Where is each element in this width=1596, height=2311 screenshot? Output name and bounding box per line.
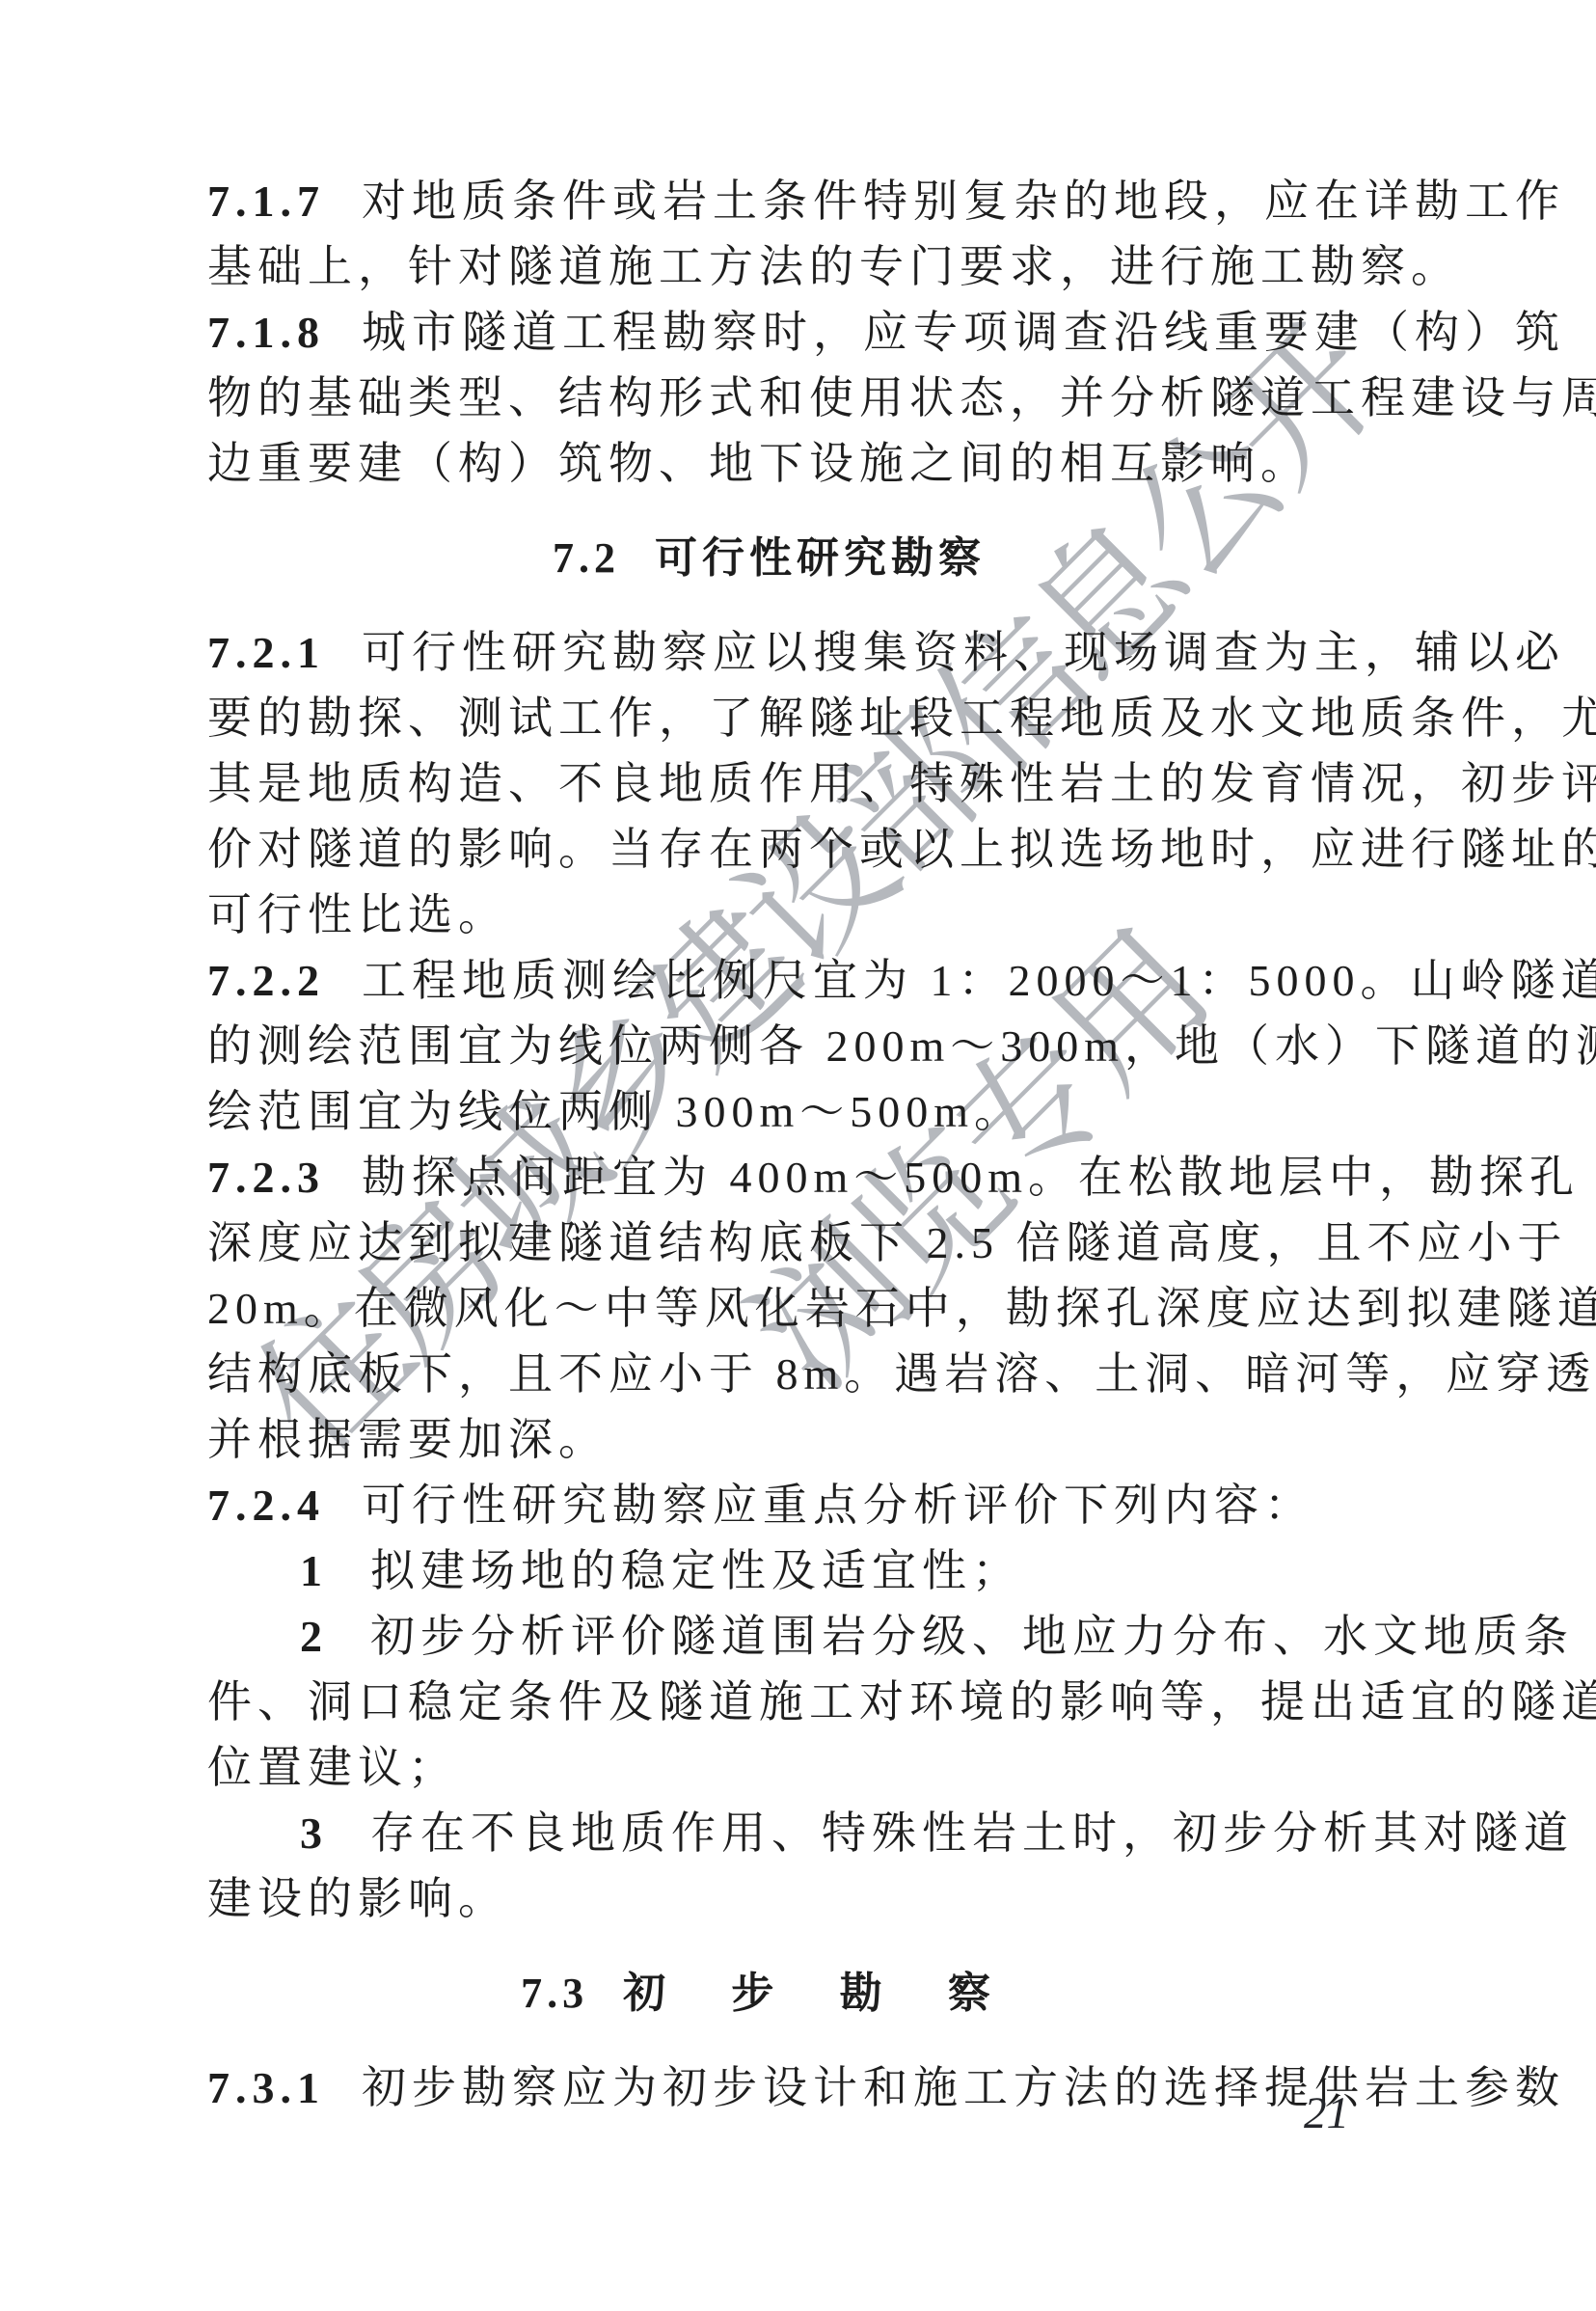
section-number: 7.2 — [553, 534, 620, 582]
text-line: 2初步分析评价隧道围岩分级、地应力分布、水文地质条 — [207, 1604, 1466, 1670]
clause-number: 7.2.1 — [207, 628, 325, 677]
clause-text: 对地质条件或岩土条件特别复杂的地段，应在详勘工作 — [362, 177, 1565, 226]
text-line: 7.2.3勘探点间距宜为 400m～500m。在松散地层中，勘探孔 — [207, 1145, 1466, 1210]
clause-number: 7.2.2 — [207, 956, 325, 1005]
text-line: 要的勘探、测试工作，了解隧址段工程地质及水文地质条件，尤 — [207, 686, 1466, 751]
list-item-3: 3存在不良地质作用、特殊性岩土时，初步分析其对隧道 建设的影响。 — [207, 1801, 1466, 1932]
section-heading-7-3: 7.3初 步 勘 察 — [207, 1961, 1466, 2026]
text-line: 价对隧道的影响。当存在两个或以上拟选场地时，应进行隧址的 — [207, 817, 1466, 883]
item-text: 存在不良地质作用、特殊性岩土时，初步分析其对隧道 — [370, 1808, 1574, 1858]
text-line: 7.2.4可行性研究勘察应重点分析评价下列内容： — [207, 1473, 1466, 1538]
clause-text: 城市隧道工程勘察时，应专项调查沿线重要建（构）筑 — [362, 308, 1565, 357]
text-line: 7.2.2工程地质测绘比例尺宜为 1：2000～1：5000。山岭隧道 — [207, 948, 1466, 1014]
text-line: 的测绘范围宜为线位两侧各 200m～300m，地（水）下隧道的测 — [207, 1014, 1466, 1079]
section-heading-7-2: 7.2可行性研究勘察 — [207, 526, 1466, 591]
list-item-1: 1拟建场地的稳定性及适宜性； — [207, 1538, 1466, 1604]
section-title: 初 步 勘 察 — [623, 1970, 1017, 2017]
item-number: 3 — [300, 1808, 328, 1858]
clause-number: 7.1.7 — [207, 177, 325, 226]
clause-number: 7.3.1 — [207, 2063, 325, 2112]
text-line: 20m。在微风化～中等风化岩石中，勘探孔深度应达到拟建隧道 — [207, 1276, 1466, 1342]
text-line: 件、洞口稳定条件及隧道施工对环境的影响等，提出适宜的隧道 — [207, 1670, 1466, 1735]
clause-number: 7.2.4 — [207, 1481, 325, 1530]
clause-7-1-8: 7.1.8城市隧道工程勘察时，应专项调查沿线重要建（构）筑 物的基础类型、结构形… — [207, 300, 1466, 497]
clause-text: 工程地质测绘比例尺宜为 1：2000～1：5000。山岭隧道 — [362, 956, 1596, 1005]
clause-7-1-7: 7.1.7对地质条件或岩土条件特别复杂的地段，应在详勘工作 基础上，针对隧道施工… — [207, 169, 1466, 300]
text-line: 7.1.8城市隧道工程勘察时，应专项调查沿线重要建（构）筑 — [207, 300, 1466, 366]
item-number: 1 — [300, 1546, 328, 1595]
section-number: 7.3 — [521, 1970, 588, 2017]
text-line: 7.1.7对地质条件或岩土条件特别复杂的地段，应在详勘工作 — [207, 169, 1466, 234]
text-line: 边重要建（构）筑物、地下设施之间的相互影响。 — [207, 431, 1466, 497]
text-line: 结构底板下，且不应小于 8m。遇岩溶、土洞、暗河等，应穿透 — [207, 1342, 1466, 1407]
text-line: 建设的影响。 — [207, 1866, 1466, 1932]
clause-7-3-1: 7.3.1初步勘察应为初步设计和施工方法的选择提供岩土参数 — [207, 2055, 1466, 2121]
clause-text: 勘探点间距宜为 400m～500m。在松散地层中，勘探孔 — [362, 1153, 1580, 1202]
text-line: 3存在不良地质作用、特殊性岩土时，初步分析其对隧道 — [207, 1801, 1466, 1866]
list-item-2: 2初步分析评价隧道围岩分级、地应力分布、水文地质条 件、洞口稳定条件及隧道施工对… — [207, 1604, 1466, 1801]
document-page: 住房城乡建设部信息公开 浏览专用 7.1.7对地质条件或岩土条件特别复杂的地段，… — [0, 0, 1596, 2311]
clause-text: 可行性研究勘察应以搜集资料、现场调查为主，辅以必 — [362, 628, 1565, 677]
text-line: 绘范围宜为线位两侧 300m～500m。 — [207, 1079, 1466, 1145]
text-line: 其是地质构造、不良地质作用、特殊性岩土的发育情况，初步评 — [207, 751, 1466, 817]
clause-7-2-2: 7.2.2工程地质测绘比例尺宜为 1：2000～1：5000。山岭隧道 的测绘范… — [207, 948, 1466, 1145]
item-text: 初步分析评价隧道围岩分级、地应力分布、水文地质条 — [370, 1612, 1574, 1661]
text-line: 7.3.1初步勘察应为初步设计和施工方法的选择提供岩土参数 — [207, 2055, 1466, 2121]
text-line: 可行性比选。 — [207, 883, 1466, 948]
clause-number: 7.2.3 — [207, 1153, 325, 1202]
clause-7-2-3: 7.2.3勘探点间距宜为 400m～500m。在松散地层中，勘探孔 深度应达到拟… — [207, 1145, 1466, 1473]
text-line: 7.2.1可行性研究勘察应以搜集资料、现场调查为主，辅以必 — [207, 620, 1466, 686]
text-column: 7.1.7对地质条件或岩土条件特别复杂的地段，应在详勘工作 基础上，针对隧道施工… — [207, 169, 1466, 2121]
text-line: 深度应达到拟建隧道结构底板下 2.5 倍隧道高度，且不应小于 — [207, 1210, 1466, 1276]
clause-7-2-1: 7.2.1可行性研究勘察应以搜集资料、现场调查为主，辅以必 要的勘探、测试工作，… — [207, 620, 1466, 948]
section-title: 可行性研究勘察 — [655, 534, 986, 582]
page-number: 21 — [1304, 2087, 1349, 2139]
text-line: 基础上，针对隧道施工方法的专门要求，进行施工勘察。 — [207, 234, 1466, 300]
item-number: 2 — [300, 1612, 328, 1661]
clause-7-2-4: 7.2.4可行性研究勘察应重点分析评价下列内容： — [207, 1473, 1466, 1538]
text-line: 1拟建场地的稳定性及适宜性； — [207, 1538, 1466, 1604]
text-line: 物的基础类型、结构形式和使用状态，并分析隧道工程建设与周 — [207, 366, 1466, 431]
clause-text: 可行性研究勘察应重点分析评价下列内容： — [362, 1481, 1314, 1530]
item-text: 拟建场地的稳定性及适宜性； — [370, 1546, 1022, 1595]
clause-number: 7.1.8 — [207, 308, 325, 357]
clause-text: 初步勘察应为初步设计和施工方法的选择提供岩土参数 — [362, 2063, 1565, 2112]
text-line: 并根据需要加深。 — [207, 1407, 1466, 1473]
text-line: 位置建议； — [207, 1735, 1466, 1801]
